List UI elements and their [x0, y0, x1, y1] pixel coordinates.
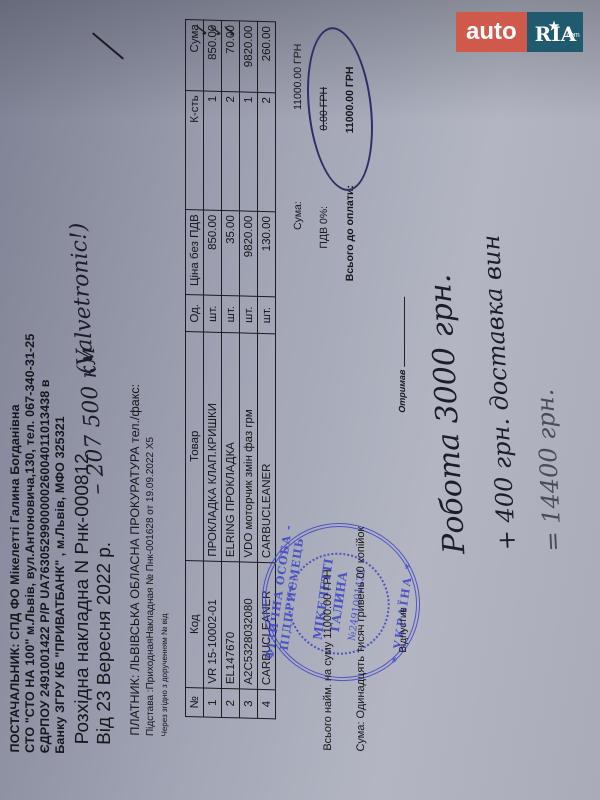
handwritten-check-marks: ✓✓✓ [195, 22, 237, 38]
basis-line: Підстава :ПриходнаяНакладная № Пнк-00162… [145, 437, 156, 736]
row-unit: шт. [240, 296, 258, 333]
row-sum: 260.00 [258, 21, 276, 92]
row-sum: 9820.00 [240, 21, 258, 92]
header-price: Ціна без ПДВ [186, 210, 204, 295]
supplier-block: ПОСТАЧАЛЬНИК: СПД ФО Мікелетті Галина Бо… [8, 333, 68, 754]
invoice-date: Від 23 Вересня 2022 р. [94, 542, 116, 746]
handwritten-grand-total: = 14400 грн. [531, 388, 567, 551]
footer-amount-words: Сума: Одинадцять тисяч гривень 00 копійо… [355, 527, 367, 752]
handwritten-work-cost: Робота 3000 грн. [423, 273, 473, 554]
table-row: 1VR 15-10002-01ПРОКЛАДКА КЛАП.КРИШКИшт.8… [204, 20, 222, 717]
row-qty: 2 [222, 91, 240, 210]
row-code: A2C5328032080 [240, 562, 258, 689]
star-icon: ★ [549, 4, 560, 48]
handwritten-circle [300, 25, 381, 194]
row-code: VR 15-10002-01 [204, 561, 222, 688]
invoice-title: Розхідна накладна N Рнк-000812 [72, 453, 94, 744]
row-code: EL147670 [222, 561, 240, 688]
header-product: Товар [186, 332, 204, 561]
sum-value: 11000.00 ГРН [292, 44, 304, 111]
row-qty: 1 [240, 92, 258, 211]
payer-line: ПЛАТНИК: ЛЬВІВСЬКА ОБЛАСНА ПРОКУРАТУРА т… [128, 384, 142, 736]
supplier-line: СТО "СТО НА 100" м.Львів, вул.Антоновича… [23, 333, 38, 753]
supplier-line: Банку ЗГРУ КБ "ПРИВАТБАНК" , м.Львів, МФ… [53, 334, 68, 754]
row-price: 35.00 [222, 210, 240, 295]
header-unit: Од. [186, 295, 204, 332]
signature-line [404, 297, 405, 367]
issued-by-label: Відпустив [398, 607, 409, 653]
row-unit: шт. [222, 295, 240, 332]
table-row: 2EL147670ELRING ПРОКЛАДКАшт.35.00270.00 [222, 20, 240, 717]
received-by-label: Отримав [397, 369, 407, 412]
row-product: CARBUCLEANER [258, 333, 276, 562]
header-qty: К-сть [186, 91, 204, 210]
row-no: 1 [204, 688, 222, 717]
total-due-label: Всього до оплати: [344, 185, 356, 282]
row-unit: шт. [204, 295, 222, 332]
row-price: 130.00 [258, 211, 276, 296]
row-no: 4 [258, 689, 276, 718]
row-product: ELRING ПРОКЛАДКА [222, 332, 240, 561]
row-qty: 2 [258, 92, 276, 211]
autoria-watermark: auto ★ RIA .com [456, 12, 583, 52]
watermark-auto: auto [456, 12, 527, 52]
company-stamp: ФІЗИЧНА ОСОБА - ПІДПРИЄМЕЦЬ МІКЕЛЕТТІ ГА… [252, 511, 430, 693]
vat-label: ПДВ 0%: [318, 206, 330, 249]
footer-total-line: Всього найм. на суму 11000.00 ГРН [322, 569, 334, 751]
row-price: 850.00 [204, 210, 222, 295]
handwritten-brand-note: (Valvetronic!) [66, 222, 99, 374]
sum-label: Сума: [292, 201, 304, 230]
row-product: VDO моторчик змін фаз грм [240, 333, 258, 562]
supplier-line: ПОСТАЧАЛЬНИК: СПД ФО Мікелетті Галина Бо… [8, 333, 23, 753]
row-no: 3 [240, 689, 258, 718]
table-header-row: № Код Товар Од. Ціна без ПДВ К-сть Сума [186, 20, 204, 717]
handwritten-extra-cost: + 400 грн. доставка вин [477, 234, 521, 550]
row-no: 2 [222, 688, 240, 717]
via-line: Через згідно з дорученням № від [160, 613, 169, 736]
watermark-com: .com [565, 14, 580, 58]
received-by: Отримав [397, 296, 407, 412]
invoice-document: x ПОСТАЧАЛЬНИК: СПД ФО Мікелетті Галина … [0, 0, 600, 800]
header-no: № [186, 688, 204, 717]
row-price: 9820.00 [240, 211, 258, 296]
supplier-line: ЄДРПОУ 2491001422 Р/Р UA7630529900000260… [38, 334, 53, 754]
table-row: 3A2C5328032080VDO моторчик змін фаз грмш… [240, 21, 258, 718]
row-qty: 1 [204, 91, 222, 210]
row-product: ПРОКЛАДКА КЛАП.КРИШКИ [204, 332, 222, 561]
corner-mark: x [0, 777, 1, 784]
header-code: Код [186, 561, 204, 688]
row-unit: шт. [258, 296, 276, 333]
watermark-ria: ★ RIA .com [527, 12, 583, 52]
